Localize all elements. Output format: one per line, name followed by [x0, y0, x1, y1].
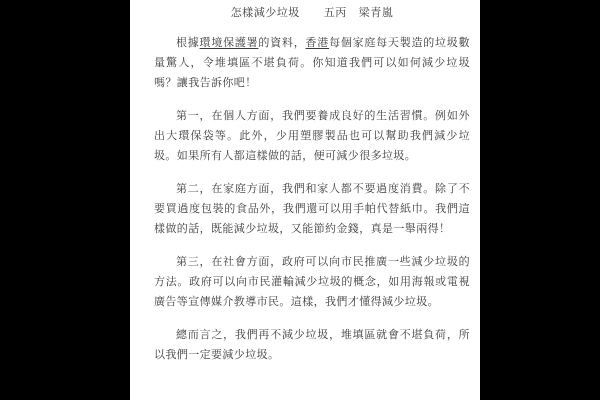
screen: { "header": { "title": "怎樣減少垃圾", "class_…	[0, 0, 600, 400]
paragraph-text: 總而言之，我們再不減少垃圾，堆填區就會不堪負荷，所以我們一定要減少垃圾。	[154, 329, 470, 361]
essay-paragraph: 根據環境保護署的資料，香港每個家庭每天製造的垃圾數量驚人，令堆填區不堪負荷。你知…	[154, 33, 470, 93]
essay-paragraph: 第二，在家庭方面，我們和家人都不要過度消費。除了不要買過度包裝的食品外，我們還可…	[154, 179, 470, 239]
essay-body: 根據環境保護署的資料，香港每個家庭每天製造的垃圾數量驚人，令堆填區不堪負荷。你知…	[154, 33, 470, 365]
essay-paragraph: 總而言之，我們再不減少垃圾，堆填區就會不堪負荷，所以我們一定要減少垃圾。	[154, 325, 470, 365]
paragraph-text: 根據	[176, 37, 200, 49]
essay-title: 怎樣減少垃圾	[231, 7, 300, 19]
paragraph-text: 的資料，	[258, 37, 305, 49]
essay-header: 怎樣減少垃圾五丙梁青嵐	[154, 6, 470, 20]
document-page: 怎樣減少垃圾五丙梁青嵐 根據環境保護署的資料，香港每個家庭每天製造的垃圾數量驚人…	[130, 0, 480, 400]
paragraph-text: 第一，在個人方面，我們要養成良好的生活習慣。例如外出大環保袋等。此外，少用塑膠製…	[154, 110, 470, 162]
essay-author: 梁青嵐	[359, 7, 394, 19]
proper-noun-underlined: 環境保護署	[200, 37, 259, 49]
essay-paragraph: 第三，在社會方面，政府可以向市民推廣一些減少垃圾的方法。政府可以向市民灌輸減少垃…	[154, 252, 470, 312]
essay-paragraph: 第一，在個人方面，我們要養成良好的生活習慣。例如外出大環保袋等。此外，少用塑膠製…	[154, 106, 470, 166]
essay-class: 五丙	[324, 7, 347, 19]
proper-noun-underlined: 香港	[306, 37, 330, 49]
paragraph-text: 第二，在家庭方面，我們和家人都不要過度消費。除了不要買過度包裝的食品外，我們還可…	[154, 183, 470, 235]
paragraph-text: 第三，在社會方面，政府可以向市民推廣一些減少垃圾的方法。政府可以向市民灌輸減少垃…	[154, 256, 470, 308]
